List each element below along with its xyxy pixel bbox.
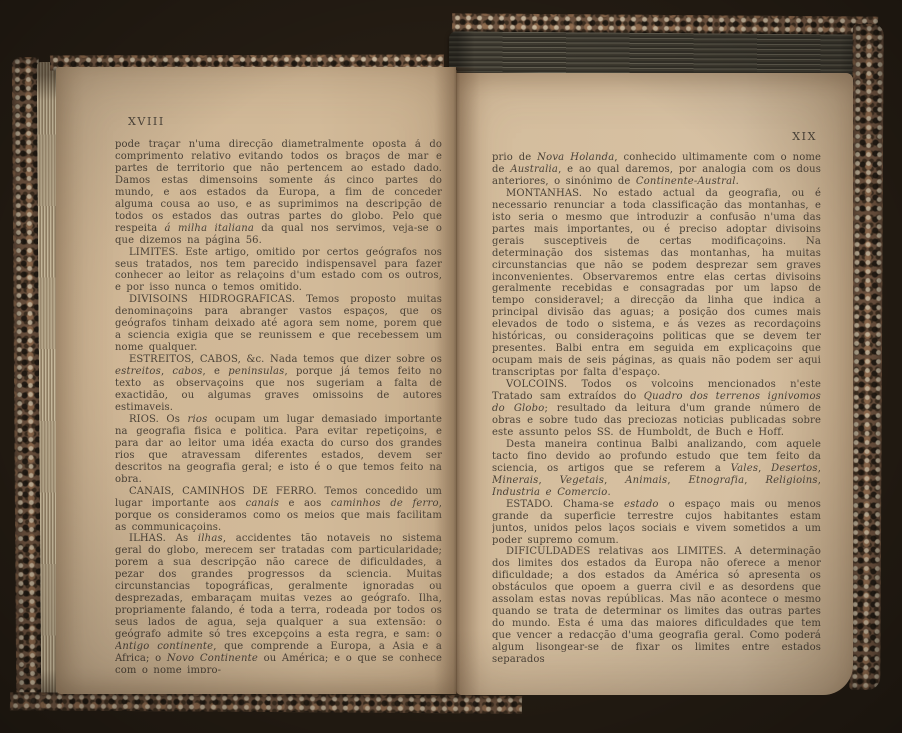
paragraph: MONTANHAS. No estado actual da geografia… — [492, 188, 821, 379]
italic-text: Vegetais — [560, 475, 604, 486]
marbled-cover-edge-right — [849, 24, 883, 690]
page-right: XIX prio de Nova Holanda, conhecido ulti… — [456, 73, 853, 695]
body-text: DIVISOINS HIDROGRAFICAS. Temos proposto … — [115, 294, 442, 353]
body-text: e aos — [279, 498, 331, 509]
page-left: XVIII pode traçar n'uma direcção diametr… — [56, 67, 456, 694]
body-text: , — [758, 463, 771, 474]
italic-text: Australia — [510, 164, 558, 175]
body-text: prio de — [492, 152, 537, 163]
body-text: pode traçar n'uma direcção diametralment… — [115, 139, 442, 234]
body-text: . — [607, 487, 610, 498]
paragraph: VOLCOINS. Todos os volcoins mencionados … — [492, 379, 821, 439]
paragraph: ILHAS. As ilhas, accidentes tão notaveis… — [115, 533, 442, 673]
page-number-right: XIX — [792, 130, 817, 143]
italic-text: Desertos — [771, 463, 818, 474]
italic-text: Novo Continente — [167, 653, 258, 664]
italic-text: Minerais — [492, 475, 538, 486]
page-text-right: prio de Nova Holanda, conhecido ultimame… — [492, 152, 821, 686]
body-text: , — [604, 475, 625, 486]
page-text-left: pode traçar n'uma direcção diametralment… — [115, 139, 442, 673]
italic-text: canais — [246, 498, 280, 509]
body-text: DIFICULDADES relativas aos LIMITES. A de… — [492, 546, 821, 665]
paragraph: Desta maneira continua Balbi analizando,… — [492, 439, 821, 499]
body-text: ESTADO. Chama-se — [506, 499, 624, 510]
body-text: , e — [203, 366, 229, 377]
body-text: . — [736, 176, 739, 187]
italic-text: Etnografia — [688, 475, 744, 486]
body-text: RIOS. Os — [129, 414, 187, 425]
body-text: , — [667, 475, 688, 486]
body-text: ILHAS. As — [129, 533, 198, 544]
book-scan: XVIII pode traçar n'uma direcção diametr… — [0, 0, 902, 733]
body-text: LIMITES. Este artigo, omitido por certos… — [115, 247, 442, 294]
paragraph: ESTREITOS, CABOS, &c. Nada temos que diz… — [115, 354, 442, 414]
marbled-cover-edge-bottom — [10, 692, 522, 714]
italic-text: rios — [187, 414, 207, 425]
paragraph: DIFICULDADES relativas aos LIMITES. A de… — [492, 546, 821, 666]
body-text: , — [538, 475, 559, 486]
italic-text: Vales — [731, 463, 759, 474]
italic-text: Animais — [625, 475, 667, 486]
italic-text: Industria e Comercio — [492, 487, 607, 498]
italic-text: cabos — [172, 366, 202, 377]
italic-text: Religioins — [765, 475, 817, 486]
body-text: ESTREITOS, CABOS, &c. Nada temos que diz… — [129, 354, 442, 365]
italic-text: Nova Holanda — [537, 152, 614, 163]
italic-text: Continente-Austral — [636, 176, 736, 187]
body-text: , — [818, 475, 821, 486]
italic-text: Antigo continente — [115, 641, 213, 652]
italic-text: á milha italiana — [165, 223, 255, 234]
paragraph: LIMITES. Este artigo, omitido por certos… — [115, 247, 442, 295]
body-text: , — [744, 475, 765, 486]
paragraph: RIOS. Os rios ocupam um lugar demasiado … — [115, 414, 442, 486]
italic-text: estreitos — [115, 366, 161, 377]
paragraph: ESTADO. Chama-se estado o espaço mais ou… — [492, 499, 821, 547]
paragraph: prio de Nova Holanda, conhecido ultimame… — [492, 152, 821, 188]
italic-text: ilhas — [198, 533, 223, 544]
italic-text: estado — [624, 499, 659, 510]
paragraph: DIVISOINS HIDROGRAFICAS. Temos proposto … — [115, 294, 442, 354]
body-text: , — [161, 366, 172, 377]
body-text: , accidentes tão notaveis no sistema ger… — [115, 533, 442, 640]
italic-text: peninsulas — [228, 366, 284, 377]
italic-text: caminhos de ferro — [331, 498, 439, 509]
paragraph: CANAIS, CAMINHOS DE FERRO. Temos concedi… — [115, 486, 442, 534]
page-edges-top — [449, 31, 874, 75]
body-text: MONTANHAS. No estado actual da geografia… — [492, 188, 821, 378]
body-text: , — [818, 463, 821, 474]
paragraph: pode traçar n'uma direcção diametralment… — [115, 139, 442, 247]
page-number-left: XVIII — [128, 115, 165, 128]
